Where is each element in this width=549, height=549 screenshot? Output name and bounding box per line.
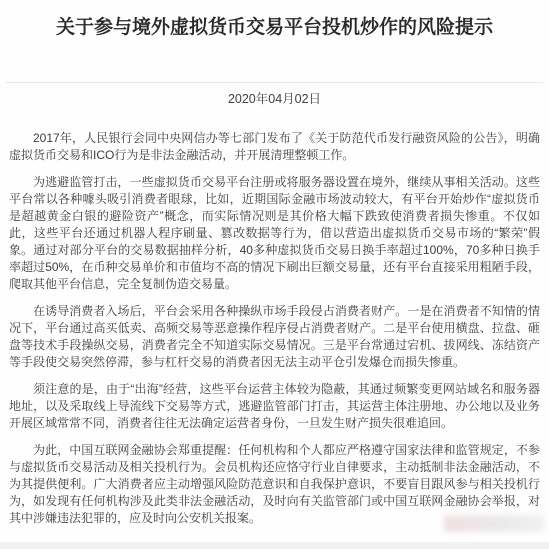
bottom-edge-bar — [0, 542, 549, 549]
blurred-stamp-watermark — [444, 515, 544, 532]
paragraph-market-manipulation: 在诱导消费者入场后，平台会采用各种操纵市场手段侵占消费者财产。一是在消费者不知情… — [9, 303, 540, 371]
paragraph-hidden-operators: 须注意的是，由于“出海”经营，这些平台运营主体较为隐蔽，其通过频繁变更网站域名和… — [9, 381, 540, 432]
paragraph-offshore-platforms: 为逃避监管打击，一些虚拟货币交易平台注册或将服务器设置在境外，继续从事相关活动。… — [9, 174, 540, 293]
paragraph-intro: 2017年，人民银行会同中央网信办等七部门发布了《关于防范代币发行融资风险的公告… — [9, 130, 540, 164]
article-body: 2017年，人民银行会同中央网信办等七部门发布了《关于防范代币发行融资风险的公告… — [9, 130, 540, 527]
page-title: 关于参与境外虚拟货币交易平台投机炒作的风险提示 — [28, 15, 521, 40]
publish-date: 2020年04月02日 — [0, 92, 549, 107]
title-divider — [6, 82, 543, 83]
document-page: 关于参与境外虚拟货币交易平台投机炒作的风险提示 2020年04月02日 2017… — [0, 0, 549, 549]
